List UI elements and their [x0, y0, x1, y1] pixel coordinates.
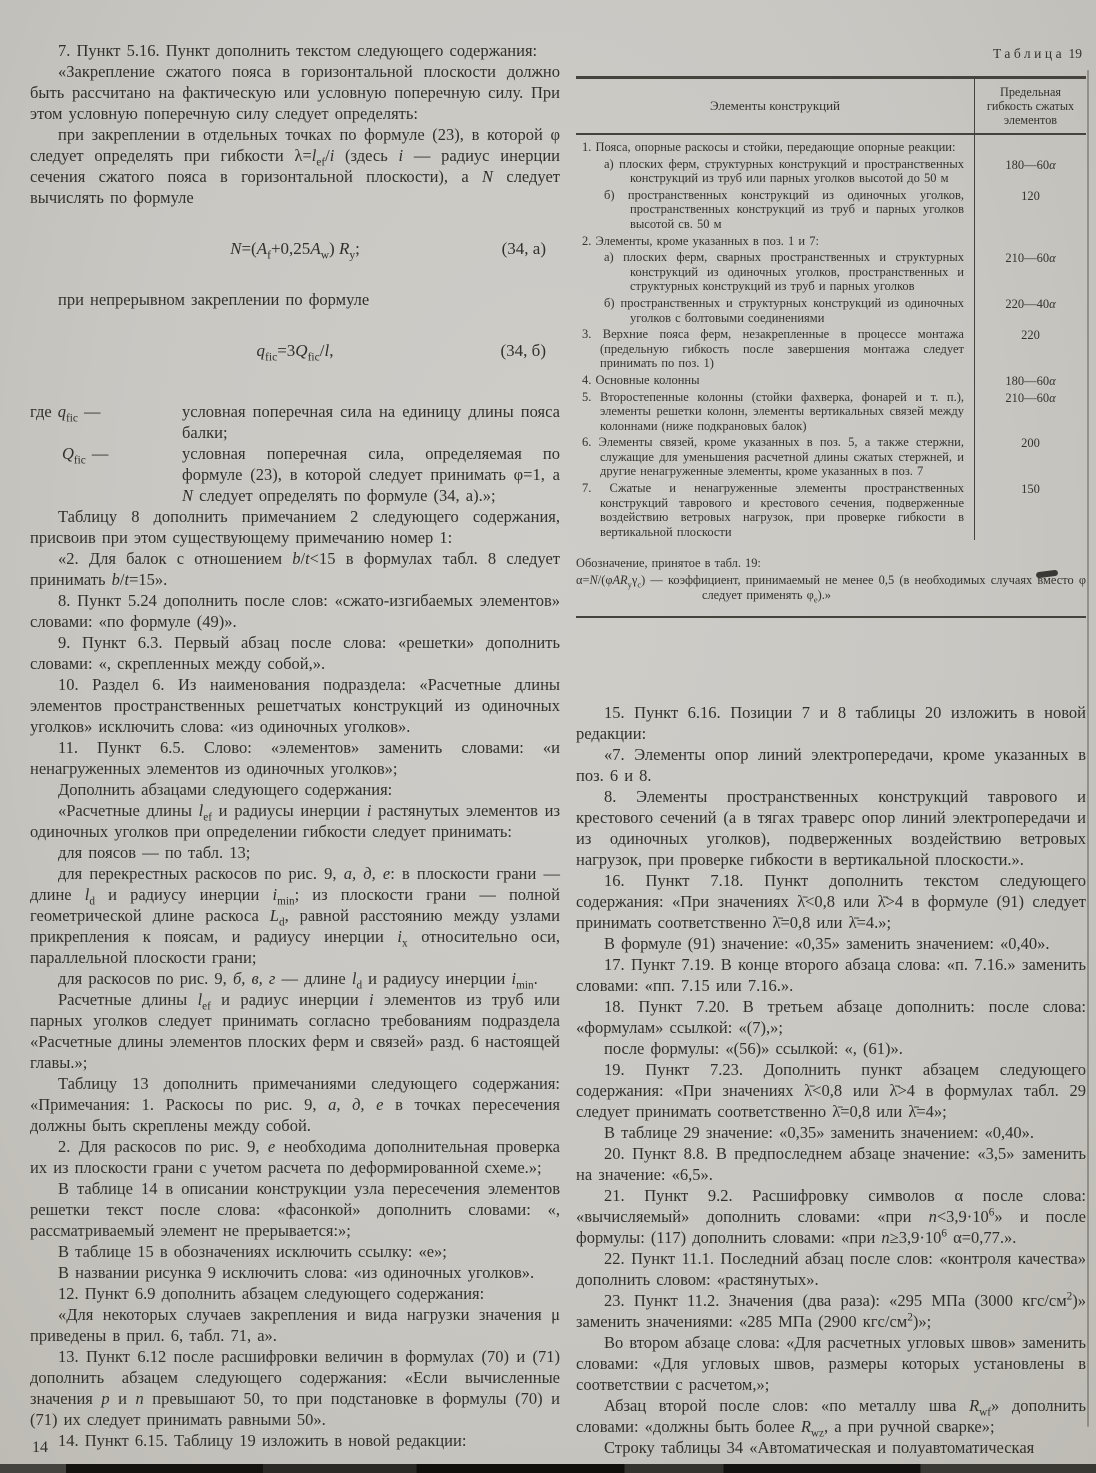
table-footnote: Обозначение, принятое в табл. 19: α=N/(φ… — [576, 556, 1086, 616]
paragraph: 15. Пункт 6.16. Позиции 7 и 8 таблицы 20… — [576, 702, 1086, 744]
row-text: 7. Сжатые и ненагруженные элементы прост… — [576, 480, 974, 540]
definition-text: условная поперечная сила на единицу длин… — [182, 401, 560, 443]
paragraph: 19. Пункт 7.23. Дополнить пункт абзацем … — [576, 1059, 1086, 1122]
paragraph: 16. Пункт 7.18. Пункт дополнить текстом … — [576, 870, 1086, 933]
paragraph: «2. Для балок с отношением b/t<15 в форм… — [30, 548, 560, 590]
paragraph: В таблице 29 значение: «0,35» заменить з… — [576, 1122, 1086, 1143]
paragraph: 8. Элементы пространственных конструкций… — [576, 786, 1086, 870]
formula-expression: qfic=3Qfic/l, — [30, 340, 560, 361]
paragraph: при непрерывном закреплении по формуле — [30, 289, 560, 310]
definition-row: где qfic —условная поперечная сила на ед… — [30, 401, 560, 443]
row-text: 6. Элементы связей, кроме указанных в по… — [576, 434, 974, 480]
subrow-text: б) пространственных и структурных констр… — [576, 295, 974, 326]
subrow-label: б) — [604, 188, 615, 202]
page-number: 14 — [32, 1439, 48, 1457]
subrow-value: 120 — [974, 187, 1086, 233]
paragraph: 20. Пункт 8.8. В предпоследнем абзаце зн… — [576, 1143, 1086, 1185]
paragraph: «Закрепление сжатого пояса в горизонталь… — [30, 61, 560, 124]
paragraph: В таблице 15 в обозначениях исключить сс… — [30, 1241, 560, 1262]
table-row: 6. Элементы связей, кроме указанных в по… — [576, 434, 1086, 480]
row-text: 1. Пояса, опорные раскосы и стойки, пере… — [576, 135, 974, 156]
paragraph: В таблице 14 в описании конструкции узла… — [30, 1178, 560, 1241]
row-value — [974, 233, 1086, 250]
paragraph: Строку таблицы 34 «Автоматическая и полу… — [576, 1437, 1086, 1458]
scanned-page: 7. Пункт 5.16. Пункт дополнить текстом с… — [0, 0, 1096, 1473]
formula: N=(Af+0,25Aw) Ry;(34, а) — [30, 238, 560, 259]
row-value: 200 — [974, 434, 1086, 480]
table-19: Элементы конструкций Предельная гибкость… — [576, 76, 1086, 618]
table-row: 7. Сжатые и ненагруженные элементы прост… — [576, 480, 1086, 540]
table-subrow: б) пространственных конструкций из одино… — [576, 187, 1086, 233]
row-value: 180—60α — [974, 372, 1086, 389]
paragraph: 18. Пункт 7.20. В третьем абзаце дополни… — [576, 996, 1086, 1038]
table-subrow: б) пространственных и структурных констр… — [576, 295, 1086, 326]
content-columns: 7. Пункт 5.16. Пункт дополнить текстом с… — [30, 40, 1086, 1458]
formula-expression: N=(Af+0,25Aw) Ry; — [30, 238, 560, 259]
subrow-text: а) плоских ферм, сварных пространственны… — [576, 249, 974, 295]
paragraph: 13. Пункт 6.12 после расшифровки величин… — [30, 1346, 560, 1430]
paragraph: Дополнить абзацами следующего содержания… — [30, 779, 560, 800]
footnote-definition: α=N/(φARyγc) — коэффициент, принимаемый … — [576, 573, 1086, 604]
row-text: 5. Второстепенные колонны (стойки фахвер… — [576, 389, 974, 435]
paragraph: 7. Пункт 5.16. Пункт дополнить текстом с… — [30, 40, 560, 61]
paragraph: 17. Пункт 7.19. В конце второго абзаца с… — [576, 954, 1086, 996]
table-row: 5. Второстепенные колонны (стойки фахвер… — [576, 389, 1086, 435]
paragraph: Таблицу 13 дополнить примечаниями следую… — [30, 1073, 560, 1136]
row-number: 4. — [582, 373, 591, 387]
table-caption-number: 19 — [1069, 46, 1083, 61]
row-value: 210—60α — [974, 389, 1086, 435]
right-column: Таблица 19 Элементы конструкций Предельн… — [576, 40, 1086, 1458]
subrow-label: б) — [604, 296, 615, 310]
table-subrow: а) плоских ферм, структурных конструкций… — [576, 156, 1086, 187]
paragraph: 10. Раздел 6. Из наименования подраздела… — [30, 674, 560, 737]
paragraph: В формуле (91) значение: «0,35» заменить… — [576, 933, 1086, 954]
subrow-text: б) пространственных конструкций из одино… — [576, 187, 974, 233]
paragraph: «Для некоторых случаев закрепления и вид… — [30, 1304, 560, 1346]
subrow-label: а) — [604, 157, 614, 171]
page-edge-line — [1087, 70, 1089, 1427]
row-number: 5. — [582, 390, 591, 404]
paragraph: при закреплении в отдельных точках по фо… — [30, 124, 560, 208]
table-header-col1: Элементы конструкций — [576, 79, 974, 133]
subrow-label: а) — [604, 250, 614, 264]
row-value: 220 — [974, 326, 1086, 372]
row-value: 150 — [974, 480, 1086, 540]
scan-edge-strip — [0, 1464, 1096, 1473]
formula-number: (34, б) — [501, 340, 546, 361]
paragraph: 2. Для раскосов по рис. 9, е необходима … — [30, 1136, 560, 1178]
paragraph: 23. Пункт 11.2. Значения (два раза): «29… — [576, 1290, 1086, 1332]
table-header: Элементы конструкций Предельная гибкость… — [576, 79, 1086, 135]
paragraph: для поясов — по табл. 13; — [30, 842, 560, 863]
table-subrow: а) плоских ферм, сварных пространственны… — [576, 249, 1086, 295]
paragraph: после формулы: «(56)» ссылкой: «, (61)». — [576, 1038, 1086, 1059]
left-column: 7. Пункт 5.16. Пункт дополнить текстом с… — [30, 40, 560, 1458]
footnote-intro: Обозначение, принятое в табл. 19: — [576, 556, 1086, 572]
row-value — [974, 135, 1086, 156]
subrow-value: 220—40α — [974, 295, 1086, 326]
paragraph: 11. Пункт 6.5. Слово: «элементов» замени… — [30, 737, 560, 779]
paragraph: В названии рисунка 9 исключить слова: «и… — [30, 1262, 560, 1283]
subrow-value: 210—60α — [974, 249, 1086, 295]
row-number: 7. — [582, 481, 591, 495]
table-row: 1. Пояса, опорные раскосы и стойки, пере… — [576, 135, 1086, 156]
row-number: 2. — [582, 234, 591, 248]
definition-text: условная поперечная сила, определяемая п… — [182, 443, 560, 506]
paragraph: Таблицу 8 дополнить примечанием 2 следую… — [30, 506, 560, 548]
table-body: 1. Пояса, опорные раскосы и стойки, пере… — [576, 135, 1086, 540]
formula: qfic=3Qfic/l,(34, б) — [30, 340, 560, 361]
table-row: 3. Верхние пояса ферм, незакрепленные в … — [576, 326, 1086, 372]
paragraph: 12. Пункт 6.9 дополнить абзацем следующе… — [30, 1283, 560, 1304]
table-row: 2. Элементы, кроме указанных в поз. 1 и … — [576, 233, 1086, 250]
row-text: 4. Основные колонны — [576, 372, 974, 389]
formula-number: (34, а) — [502, 238, 546, 259]
paragraph: 9. Пункт 6.3. Первый абзац после слова: … — [30, 632, 560, 674]
paragraph: Абзац второй после слов: «по металлу шва… — [576, 1395, 1086, 1437]
paragraph: Расчетные длины lef и радиус инерции i э… — [30, 989, 560, 1073]
paragraph: 8. Пункт 5.24 дополнить после слов: «сжа… — [30, 590, 560, 632]
table-caption: Таблица 19 — [576, 46, 1082, 62]
paragraph: Во втором абзаце слова: «Для расчетных у… — [576, 1332, 1086, 1395]
definition-term: где qfic — — [30, 401, 182, 443]
row-number: 1. — [582, 140, 591, 154]
paragraph: 14. Пункт 6.15. Таблицу 19 изложить в но… — [30, 1430, 560, 1451]
table-header-col2: Предельная гибкость сжа­тых элементов — [974, 79, 1086, 133]
table-caption-word: Таблица — [993, 46, 1065, 61]
definition-term: Qfic — — [30, 443, 182, 506]
right-column-text: 15. Пункт 6.16. Позиции 7 и 8 таблицы 20… — [576, 702, 1086, 1458]
row-text: 2. Элементы, кроме указанных в поз. 1 и … — [576, 233, 974, 250]
row-number: 3. — [582, 327, 591, 341]
paragraph: «Расчетные длины lef и радиусы инерции i… — [30, 800, 560, 842]
paragraph: «7. Элементы опор линий электропередачи,… — [576, 744, 1086, 786]
table-row: 4. Основные колонны180—60α — [576, 372, 1086, 389]
row-text: 3. Верхние пояса ферм, незакрепленные в … — [576, 326, 974, 372]
row-number: 6. — [582, 435, 591, 449]
paragraph: для раскосов по рис. 9, б, в, г — длине … — [30, 968, 560, 989]
paragraph: для перекрестных раскосов по рис. 9, а, … — [30, 863, 560, 968]
subrow-text: а) плоских ферм, структурных конструкций… — [576, 156, 974, 187]
subrow-value: 180—60α — [974, 156, 1086, 187]
paragraph: 22. Пункт 11.1. Последний абзац после сл… — [576, 1248, 1086, 1290]
definition-row: Qfic —условная поперечная сила, определя… — [30, 443, 560, 506]
paragraph: 21. Пункт 9.2. Расшифровку символов α по… — [576, 1185, 1086, 1248]
